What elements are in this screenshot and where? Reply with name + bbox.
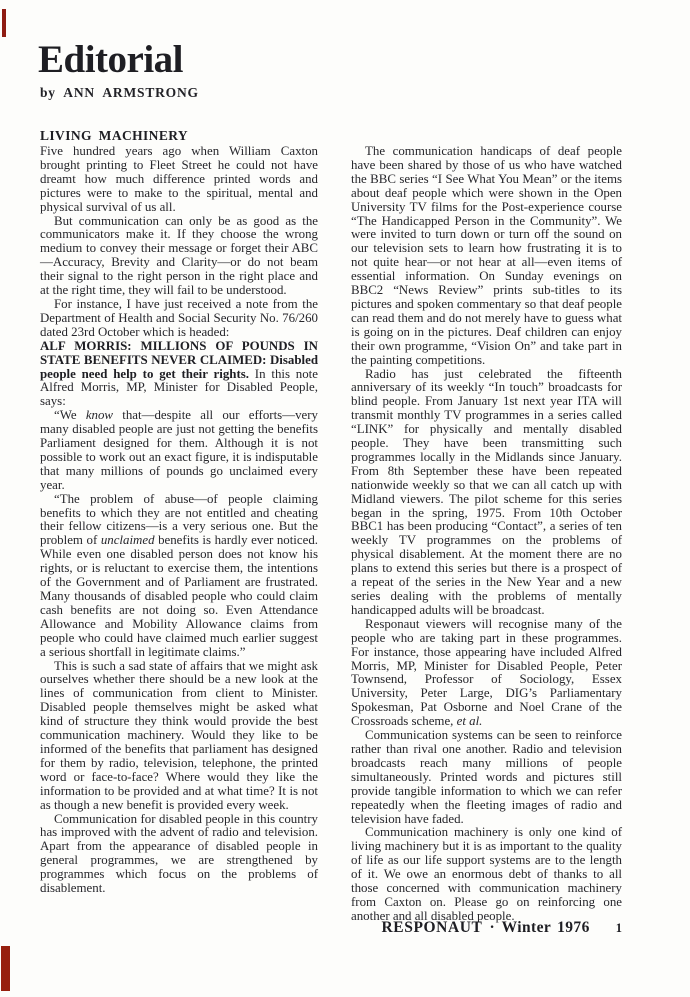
paragraph: ALF MORRIS: MILLIONS OF POUNDS IN STATE …	[40, 340, 318, 410]
paragraph: “We know that—despite all our efforts—ve…	[40, 409, 318, 492]
paragraph: For instance, I have just received a not…	[40, 298, 318, 340]
byline: by ANN ARMSTRONG	[40, 85, 199, 101]
text-run: Communication machinery is only one kind…	[351, 825, 622, 922]
text-run: This is such a sad state of affairs that…	[40, 659, 318, 812]
footer-separator: ·	[490, 919, 495, 937]
text-run: For instance, I have just received a not…	[40, 297, 318, 339]
paragraph: This is such a sad state of affairs that…	[40, 660, 318, 813]
section-heading: LIVING MACHINERY	[40, 128, 318, 143]
paragraph: The communication handicaps of deaf peop…	[351, 145, 622, 368]
paragraph: Communication for disabled people in thi…	[40, 813, 318, 896]
page-title: Editorial	[38, 40, 183, 79]
right-column-paragraphs: The communication handicaps of deaf peop…	[351, 145, 622, 924]
paragraph: Communication systems can be seen to rei…	[351, 729, 622, 826]
text-run: unclaimed	[101, 533, 155, 547]
text-run: benefits is hardly ever noticed. While e…	[40, 533, 318, 658]
paragraph: Communication machinery is only one kind…	[351, 826, 622, 923]
text-run: Responaut viewers will recognise many of…	[351, 617, 622, 728]
text-run: “We	[54, 408, 86, 422]
paragraph: Radio has just celebrated the fifteenth …	[351, 368, 622, 618]
text-run: Communication systems can be seen to rei…	[351, 728, 622, 825]
column-left: LIVING MACHINERY Five hundred years ago …	[40, 128, 318, 924]
article-body: LIVING MACHINERY Five hundred years ago …	[40, 128, 622, 924]
paragraph: But communication can only be as good as…	[40, 215, 318, 298]
paragraph: Five hundred years ago when William Caxt…	[40, 145, 318, 215]
footer-journal-name: RESPONAUT	[382, 919, 483, 937]
magazine-page: Editorial by ANN ARMSTRONG LIVING MACHIN…	[0, 0, 690, 997]
text-run: Radio has just celebrated the fifteenth …	[351, 367, 622, 617]
left-column-paragraphs: Five hundred years ago when William Caxt…	[40, 145, 318, 896]
text-run: et al.	[457, 714, 483, 728]
column-right: The communication handicaps of deaf peop…	[351, 128, 622, 924]
registration-mark-top	[2, 9, 6, 37]
text-run: know	[86, 408, 113, 422]
footer-issue: Winter 1976	[502, 919, 590, 937]
text-run: Communication for disabled people in thi…	[40, 812, 318, 896]
paragraph: “The problem of abuse—of people claiming…	[40, 493, 318, 660]
footer-page-number: 1	[616, 921, 623, 936]
registration-mark-bottom	[1, 946, 10, 991]
text-run: The communication handicaps of deaf peop…	[351, 144, 622, 367]
text-run: But communication can only be as good as…	[40, 214, 318, 298]
text-run: Five hundred years ago when William Caxt…	[40, 144, 318, 214]
page-footer: RESPONAUT · Winter 1976 1	[352, 919, 623, 937]
paragraph: Responaut viewers will recognise many of…	[351, 618, 622, 729]
